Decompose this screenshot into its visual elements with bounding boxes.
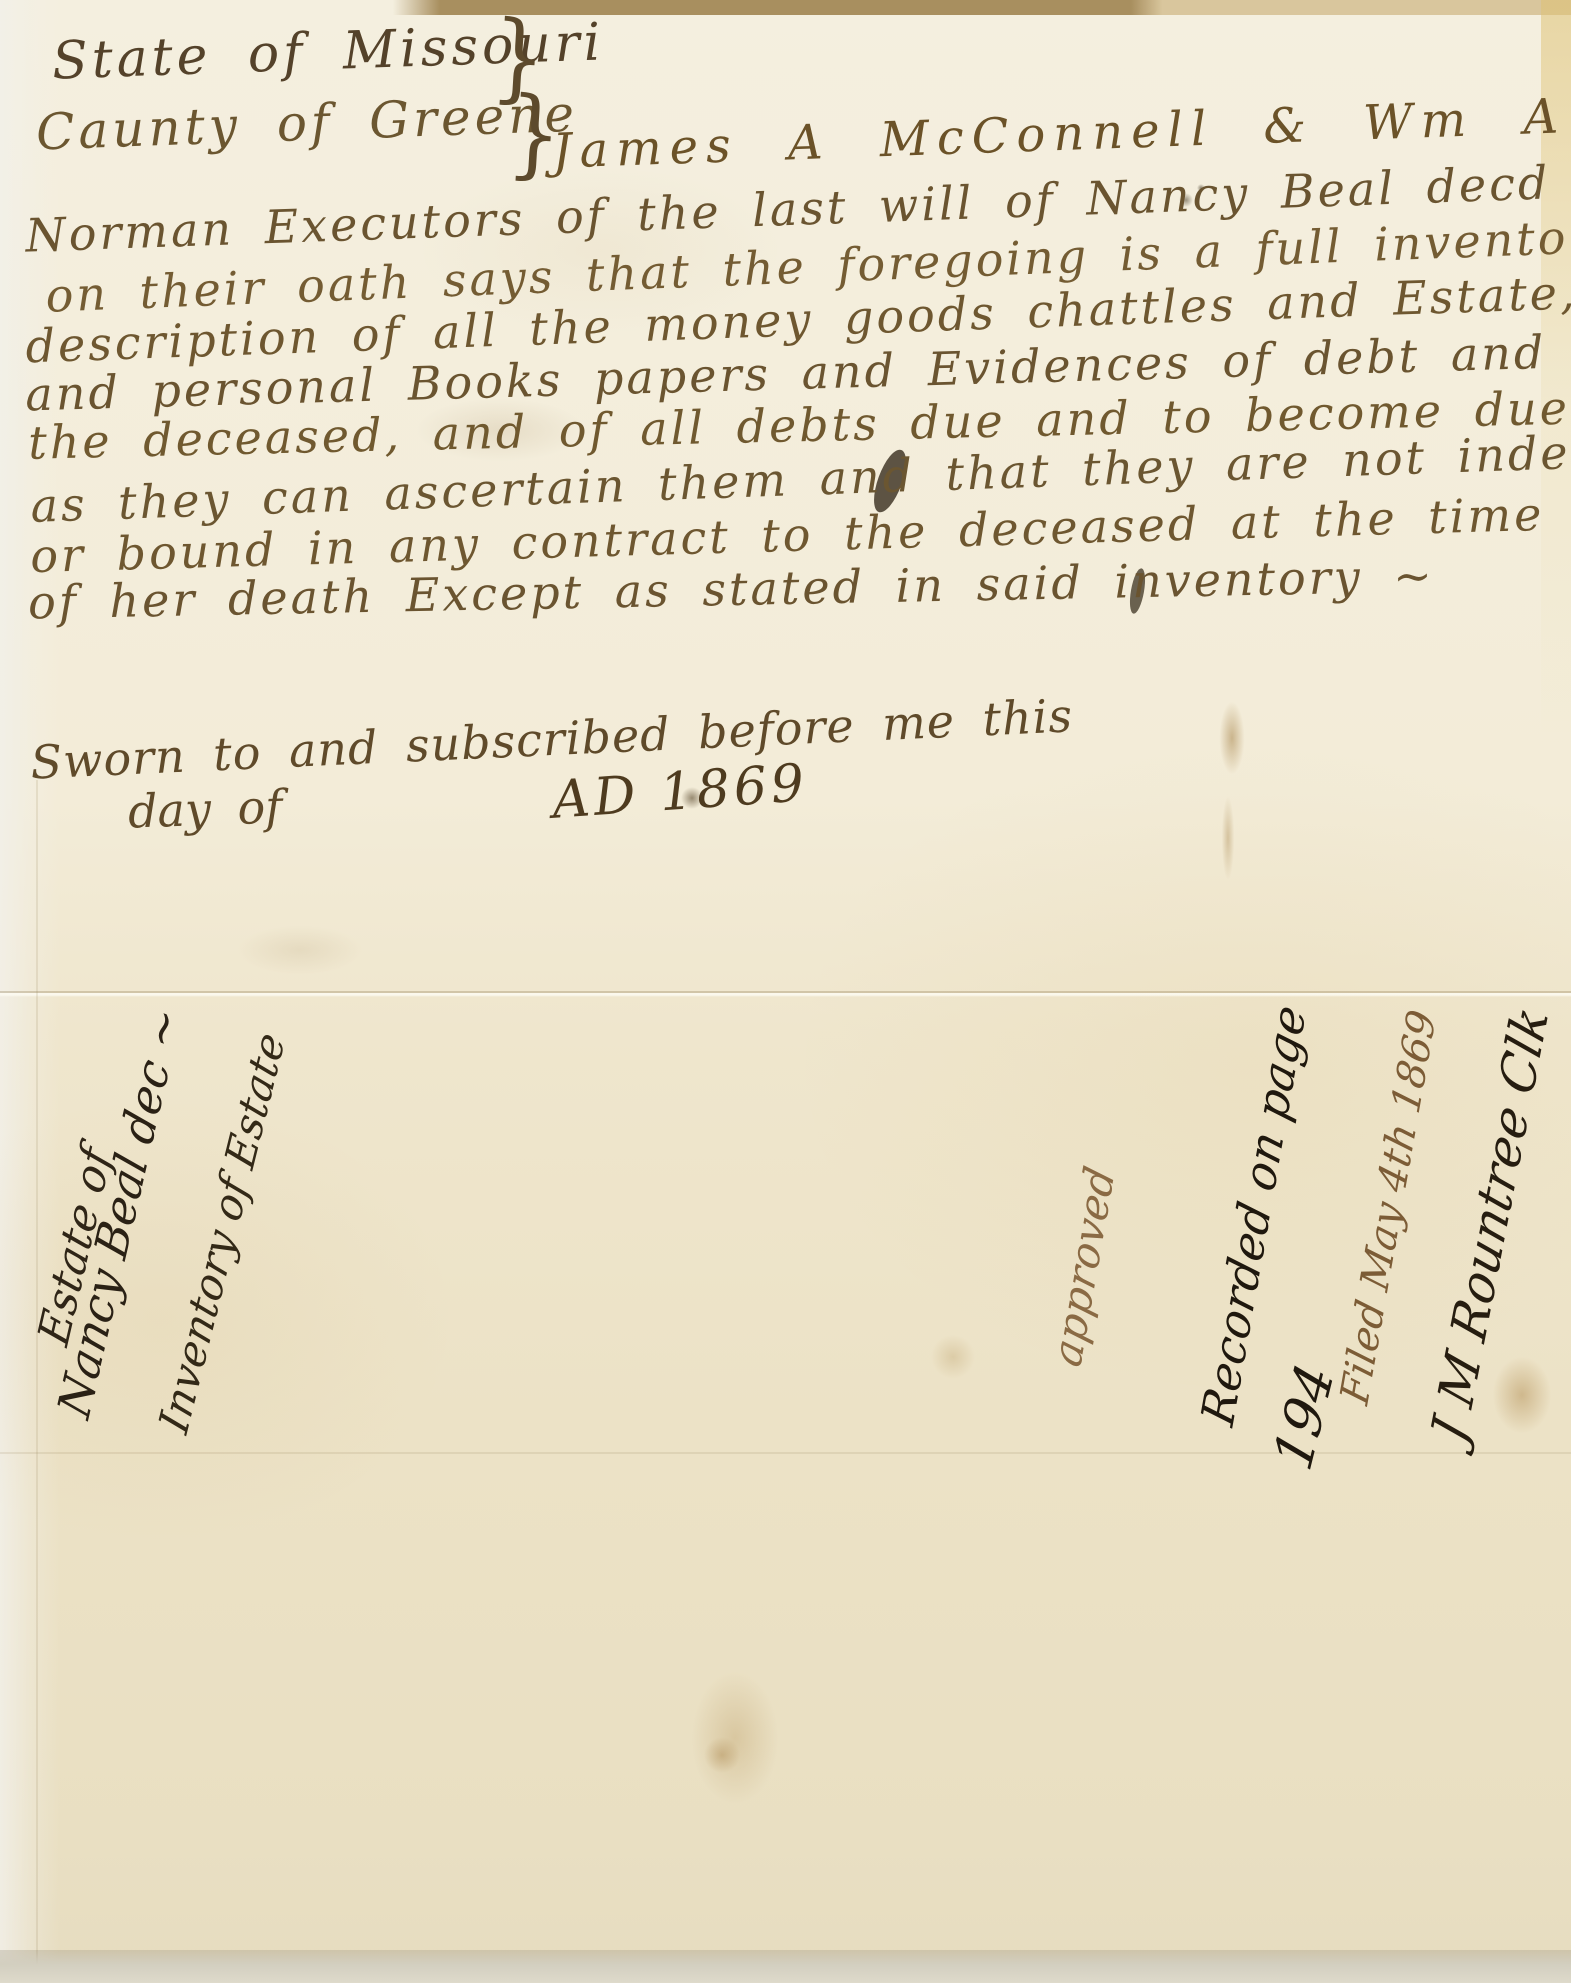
document-page: State of Missouri Caunty of Greene } } J… [0, 0, 1571, 1983]
jurat-day-of: day of [127, 779, 283, 838]
docket-filed-date: Filed May 4th 1869 [1332, 993, 1448, 1410]
horizontal-fold-crease [0, 991, 1571, 997]
faint-fold-crease [0, 1452, 1571, 1454]
jurat-year: AD 1869 [550, 753, 810, 831]
scan-edge-bottom [0, 1950, 1571, 1983]
scan-edge-top [0, 0, 1571, 15]
left-fold-crease [36, 780, 38, 1983]
docket-page-number: 194 [1262, 1349, 1348, 1477]
docket-approved: approved [1042, 1141, 1128, 1371]
docket-clerk-signature: J M Rountree Clk [1420, 969, 1565, 1449]
